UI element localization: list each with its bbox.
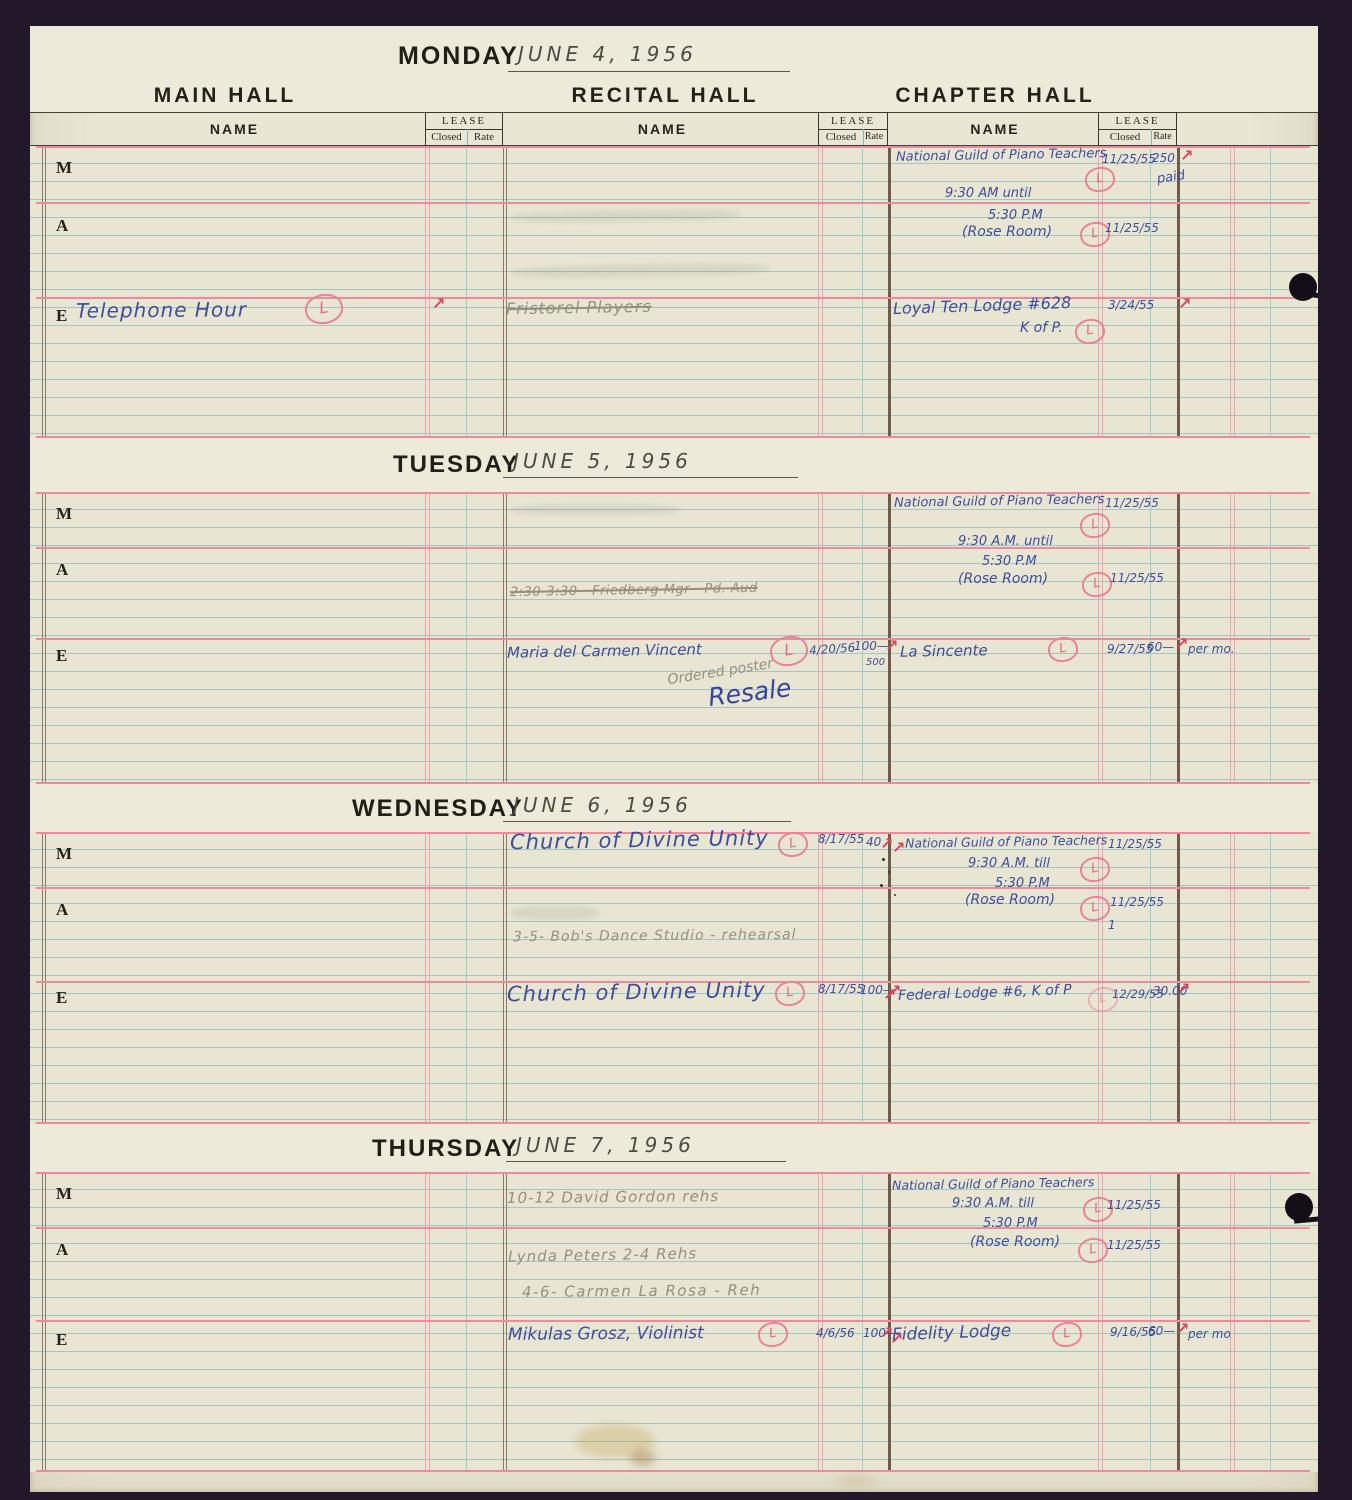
closed-label: Closed xyxy=(819,129,863,145)
grid-rule xyxy=(818,832,819,1124)
grid-rule xyxy=(466,1172,467,1472)
red-check-icon: ↗ xyxy=(1178,294,1191,313)
chapter-name-header: NAME xyxy=(892,112,1098,146)
date-underline xyxy=(503,821,791,822)
ink-speck xyxy=(882,858,885,861)
entry-mon-main-evening-name: Telephone Hour xyxy=(76,297,247,322)
rate-label: Rate xyxy=(861,129,887,145)
grid-rule xyxy=(1230,146,1231,438)
closed-label: Closed xyxy=(426,129,467,145)
day-band-thursday: THURSDAY JUNE 7, 1956 xyxy=(30,1124,1318,1172)
grid-rule xyxy=(888,146,891,438)
entry-wed-recital-morning-name: Church of Divine Unity xyxy=(510,826,769,855)
closed-rate-divider xyxy=(467,129,468,145)
entry-mon-chapter-evening-closed: 3/24/55 xyxy=(1108,298,1154,312)
grid-rule xyxy=(429,1172,430,1472)
day-band-monday: MONDAY JUNE 4, 1956 MAIN HALL RECITAL HA… xyxy=(30,26,1318,112)
row-label: A xyxy=(56,1240,68,1260)
erased-pencil-smudge xyxy=(510,504,680,515)
ledger-paper: CHA - BL - V-01 - 074 MONDAY JUNE 4, 195… xyxy=(30,26,1318,1492)
ink-speck xyxy=(880,884,883,887)
grid-rule xyxy=(862,146,863,438)
closed-rate-divider xyxy=(1151,129,1152,145)
red-check-icon: ↗ xyxy=(432,294,445,313)
grid-rule xyxy=(1270,146,1271,438)
recital-name-header: NAME xyxy=(507,112,818,146)
entry-thu-recital-afternoon-penciled2: 4-6- Carmen La Rosa - Reh xyxy=(522,1281,761,1301)
entry-thu-recital-evening-closed: 4/6/56 xyxy=(816,1326,855,1340)
paper-stain xyxy=(836,1474,876,1488)
day-label-thursday: THURSDAY xyxy=(372,1135,519,1163)
grid-rule xyxy=(1234,146,1235,438)
grid-rule xyxy=(1230,832,1231,1124)
red-rule xyxy=(36,202,1310,204)
entry-mon-chapter-room: (Rose Room) xyxy=(962,224,1052,240)
grid-rule xyxy=(822,832,823,1124)
entry-thu-chapter-time1: 9:30 A.M. till xyxy=(952,1196,1034,1211)
entry-tue-chapter-evening-name: La Sincente xyxy=(900,641,988,661)
entry-wed-recital-evening-name: Church of Divine Unity xyxy=(507,978,766,1007)
erased-pencil-smudge xyxy=(510,906,600,920)
grid-rule xyxy=(503,832,504,1124)
closed-label: Closed xyxy=(1099,129,1151,145)
grid-wednesday: MAE xyxy=(30,832,1318,1124)
entry-wed-chapter-morning-note: 1 xyxy=(1108,918,1116,932)
entry-wed-recital-afternoon-penciled: 3-5- Bob's Dance Studio - rehearsal xyxy=(513,927,797,945)
grid-rule xyxy=(1177,832,1180,1124)
red-rule xyxy=(36,1227,1310,1229)
entry-thu-recital-evening-name: Mikulas Grosz, Violinist xyxy=(508,1323,704,1345)
grid-rule xyxy=(822,146,823,438)
main-name-header: NAME xyxy=(44,112,425,146)
grid-rule xyxy=(1270,832,1271,1124)
entry-wed-chapter-room: (Rose Room) xyxy=(965,892,1055,908)
grid-rule xyxy=(818,146,819,438)
grid-rule xyxy=(506,1172,507,1472)
red-check-icon: ↗ xyxy=(1177,979,1190,998)
grid-rule xyxy=(42,832,43,1124)
entry-tue-recital-evening-rate-sub: 500 xyxy=(866,657,885,668)
day-label-monday: MONDAY xyxy=(398,42,519,71)
entry-tue-recital-evening-rate: 100— xyxy=(854,639,889,653)
grid-rule xyxy=(888,832,891,1124)
grid-rule xyxy=(1150,832,1151,1124)
entry-wed-chapter-morning-closed: 11/25/55 xyxy=(1108,837,1162,851)
row-label: A xyxy=(56,900,68,920)
entry-mon-chapter-morning-closed: 11/25/55 xyxy=(1102,152,1156,166)
red-check-icon: ↗ xyxy=(885,636,898,655)
chapter-lease-header: LEASE Closed Rate xyxy=(1098,112,1177,146)
hall-title-main: MAIN HALL xyxy=(154,84,296,108)
grid-rule xyxy=(425,146,426,438)
grid-rule xyxy=(45,832,46,1124)
grid-rule xyxy=(429,832,430,1124)
entry-wed-recital-evening-closed: 8/17/55 xyxy=(818,982,864,996)
ink-speck xyxy=(894,894,896,896)
main-lease-header: LEASE Closed Rate xyxy=(425,112,503,146)
row-label: E xyxy=(56,306,67,326)
row-label: A xyxy=(56,216,68,236)
day-date-tuesday: JUNE 5, 1956 xyxy=(513,449,692,473)
red-rule xyxy=(36,887,1310,889)
day-date-wednesday: JUNE 6, 1956 xyxy=(513,793,692,817)
entry-thu-chapter-evening-name: Fidelity Lodge xyxy=(892,1321,1012,1345)
red-rule xyxy=(36,146,1310,148)
row-label: M xyxy=(56,1184,72,1204)
entry-mon-chapter-morning-rate: 250 xyxy=(1152,151,1175,165)
entry-mon-chapter-time2: 5:30 P.M xyxy=(988,208,1043,223)
red-rule xyxy=(36,638,1310,640)
grid-rule xyxy=(506,146,507,438)
red-check-icon: ↗ xyxy=(883,985,896,1004)
grid-rule xyxy=(1150,146,1151,438)
entry-tue-chapter-time2: 5:30 P.M xyxy=(982,554,1037,569)
entry-thu-chapter-morning-closed: 11/25/55 xyxy=(1107,1198,1161,1212)
grid-rule xyxy=(503,1172,504,1472)
red-rule xyxy=(36,547,1310,549)
grid-rule xyxy=(506,832,507,1124)
grid-rule xyxy=(466,146,467,438)
entry-tue-chapter-afternoon-closed: 11/25/55 xyxy=(1110,571,1164,585)
closed-rate-divider xyxy=(863,129,864,145)
rate-label: Rate xyxy=(1149,129,1176,145)
row-label: E xyxy=(56,646,67,666)
grid-rule xyxy=(862,832,863,1124)
red-rule xyxy=(36,1320,1310,1322)
day-label-wednesday: WEDNESDAY xyxy=(352,795,524,823)
entry-thu-chapter-evening-rate: 60— xyxy=(1148,1324,1175,1338)
entry-wed-recital-morning-rate: 40 xyxy=(866,835,881,849)
grid-monday: MAE xyxy=(30,146,1318,438)
grid-rule xyxy=(1270,1172,1271,1472)
grid-rule xyxy=(1234,832,1235,1124)
date-underline xyxy=(503,477,798,478)
day-date-monday: JUNE 4, 1956 xyxy=(518,42,697,66)
entry-tue-chapter-morning-closed: 11/25/55 xyxy=(1105,496,1159,510)
ink-speck xyxy=(888,871,890,873)
entry-tue-chapter-time1: 9:30 A.M. until xyxy=(958,534,1053,549)
grid-rule xyxy=(466,832,467,1124)
lease-label: LEASE xyxy=(819,113,887,130)
entry-wed-chapter-morning-closed2: 11/25/55 xyxy=(1110,895,1164,909)
grid-rule xyxy=(503,146,504,438)
recital-lease-header: LEASE Closed Rate xyxy=(818,112,888,146)
grid-rule xyxy=(425,1172,426,1472)
entry-mon-chapter-afternoon-closed: 11/25/55 xyxy=(1105,221,1159,235)
hall-title-chapter: CHAPTER HALL xyxy=(895,84,1094,108)
entry-mon-recital-evening-name: Fristorel Players xyxy=(506,297,652,319)
red-rule xyxy=(36,1470,1310,1472)
red-check-icon: ↗ xyxy=(892,838,905,857)
day-band-wednesday: WEDNESDAY JUNE 6, 1956 xyxy=(30,784,1318,832)
hall-title-recital: RECITAL HALL xyxy=(572,84,759,108)
day-band-tuesday: TUESDAY JUNE 5, 1956 xyxy=(30,438,1318,492)
day-label-tuesday: TUESDAY xyxy=(393,451,519,479)
grid-rule xyxy=(425,832,426,1124)
row-label: E xyxy=(56,988,67,1008)
entry-wed-chapter-time2: 5:30 P.M xyxy=(995,876,1050,891)
entry-tue-chapter-room: (Rose Room) xyxy=(958,571,1048,587)
red-check-icon: ↗ xyxy=(1180,146,1193,165)
red-check-icon: ↗ xyxy=(1175,634,1188,653)
scanned-ledger-page: CHA - BL - V-01 - 074 MONDAY JUNE 4, 195… xyxy=(0,0,1352,1500)
lease-label: LEASE xyxy=(1099,113,1176,130)
row-label: M xyxy=(56,158,72,178)
entry-thu-chapter-evening-note: per mo xyxy=(1188,1327,1231,1341)
entry-mon-chapter-time1: 9:30 AM until xyxy=(945,186,1031,201)
grid-rule xyxy=(429,146,430,438)
grid-thursday: MAE xyxy=(30,1172,1318,1472)
paper-stain xyxy=(630,1450,656,1466)
grid-rule xyxy=(1230,1172,1231,1472)
entry-thu-chapter-time2: 5:30 P.M xyxy=(983,1216,1038,1231)
red-rule xyxy=(36,1172,1310,1174)
entry-thu-chapter-room: (Rose Room) xyxy=(970,1234,1060,1250)
grid-rule xyxy=(888,1172,891,1472)
row-label: M xyxy=(56,844,72,864)
grid-rule xyxy=(45,1172,46,1472)
grid-rule xyxy=(822,1172,823,1472)
entry-tue-chapter-evening-note: per mo. xyxy=(1188,642,1235,656)
lease-label: LEASE xyxy=(426,113,502,130)
entry-wed-chapter-time1: 9:30 A.M. till xyxy=(968,856,1050,871)
grid-rule xyxy=(42,1172,43,1472)
grid-tuesday: MAE xyxy=(30,492,1318,784)
entry-tue-recital-evening-name: Maria del Carmen Vincent xyxy=(507,640,702,661)
entry-tue-chapter-evening-rate: 60— xyxy=(1147,640,1174,654)
grid-rule xyxy=(42,146,43,438)
grid-rule xyxy=(45,146,46,438)
date-underline xyxy=(508,71,790,72)
grid-rule xyxy=(818,1172,819,1472)
row-label: A xyxy=(56,560,68,580)
red-rule xyxy=(36,492,1310,494)
row-label: M xyxy=(56,504,72,524)
entry-mon-chapter-evening-org: K of P. xyxy=(1020,320,1063,336)
row-label: E xyxy=(56,1330,67,1350)
grid-rule xyxy=(1234,1172,1235,1472)
day-date-thursday: JUNE 7, 1956 xyxy=(516,1133,695,1157)
grid-rule xyxy=(1150,1172,1151,1472)
grid-rule xyxy=(1177,146,1180,438)
entry-thu-recital-afternoon-penciled: Lynda Peters 2-4 Rehs xyxy=(508,1244,697,1265)
entry-thu-chapter-morning-closed2: 11/25/55 xyxy=(1107,1238,1161,1252)
entry-thu-recital-morning-penciled: 10-12 David Gordon rehs xyxy=(507,1187,719,1207)
date-underline xyxy=(506,1161,786,1162)
column-header-row: NAME LEASE Closed Rate NAME LEASE Closed… xyxy=(30,112,1318,146)
entry-wed-recital-morning-closed: 8/17/55 xyxy=(818,832,864,846)
rate-label: Rate xyxy=(466,129,502,145)
grid-rule xyxy=(862,1172,863,1472)
